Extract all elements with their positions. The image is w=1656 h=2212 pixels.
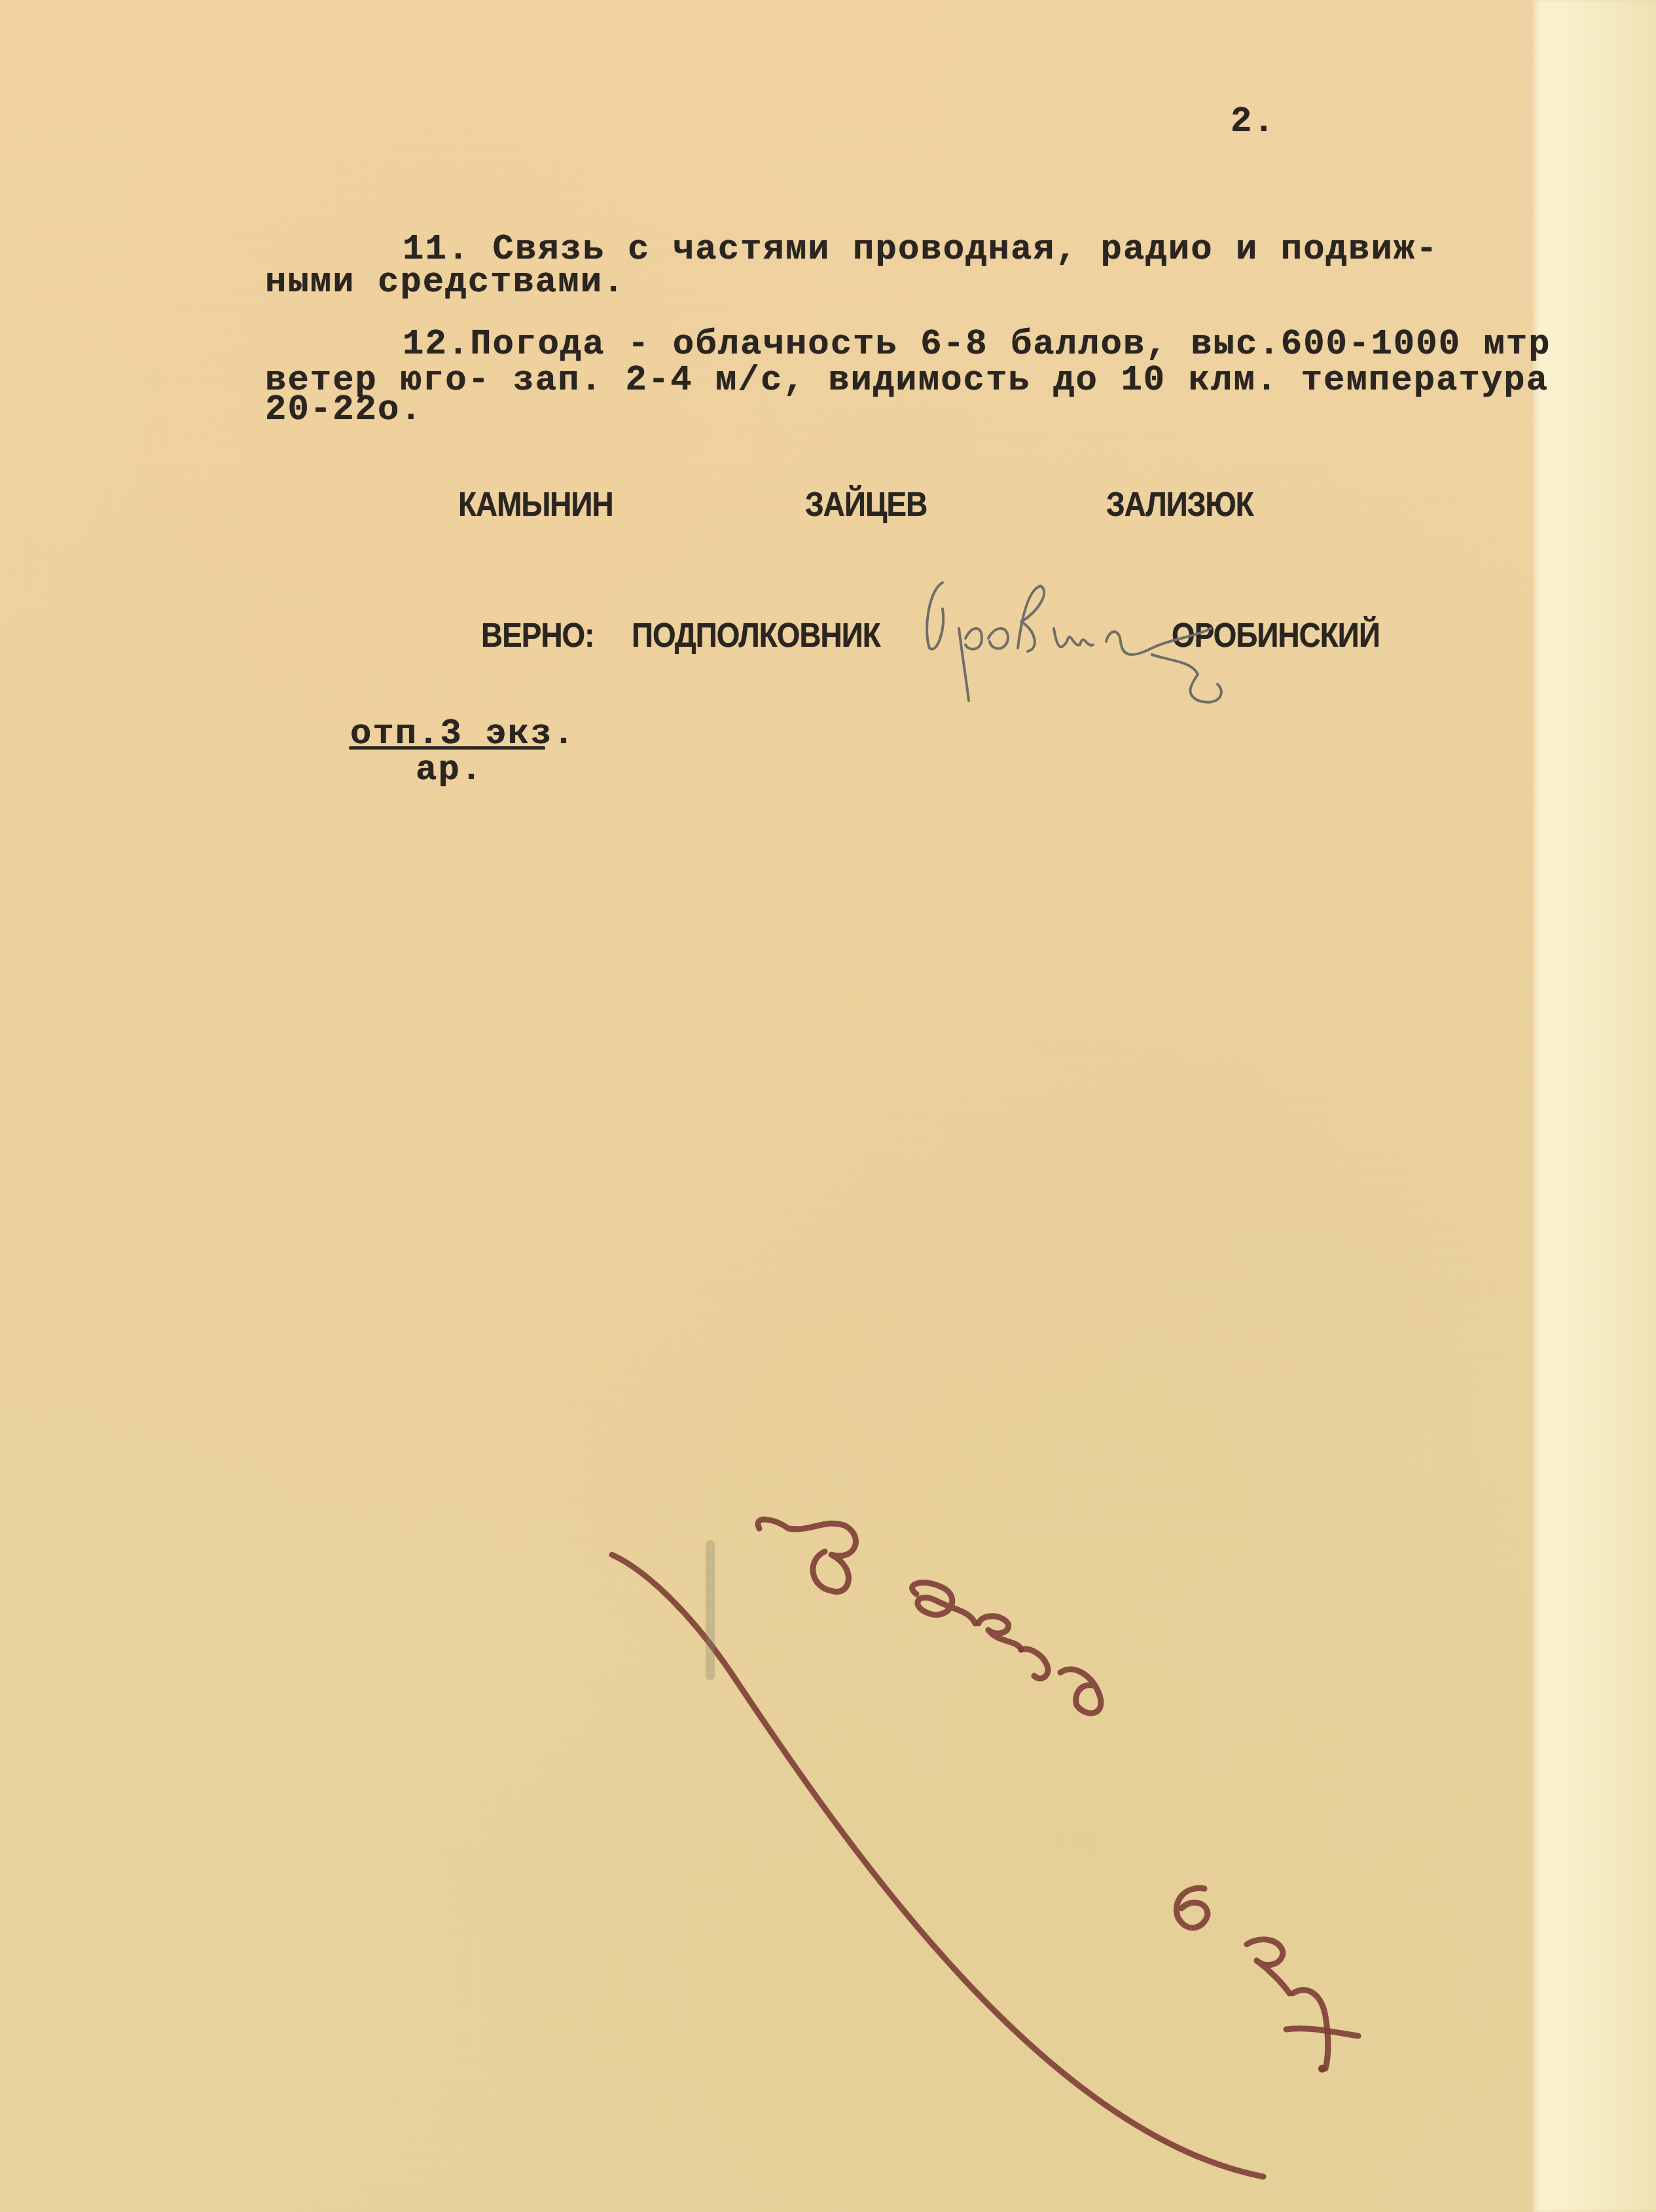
period-dot — [1318, 2065, 1326, 2073]
handwritten-note-v-delo — [758, 1519, 1358, 2073]
handwriting-layer — [0, 0, 1656, 2212]
pencil-signature — [927, 583, 1221, 702]
